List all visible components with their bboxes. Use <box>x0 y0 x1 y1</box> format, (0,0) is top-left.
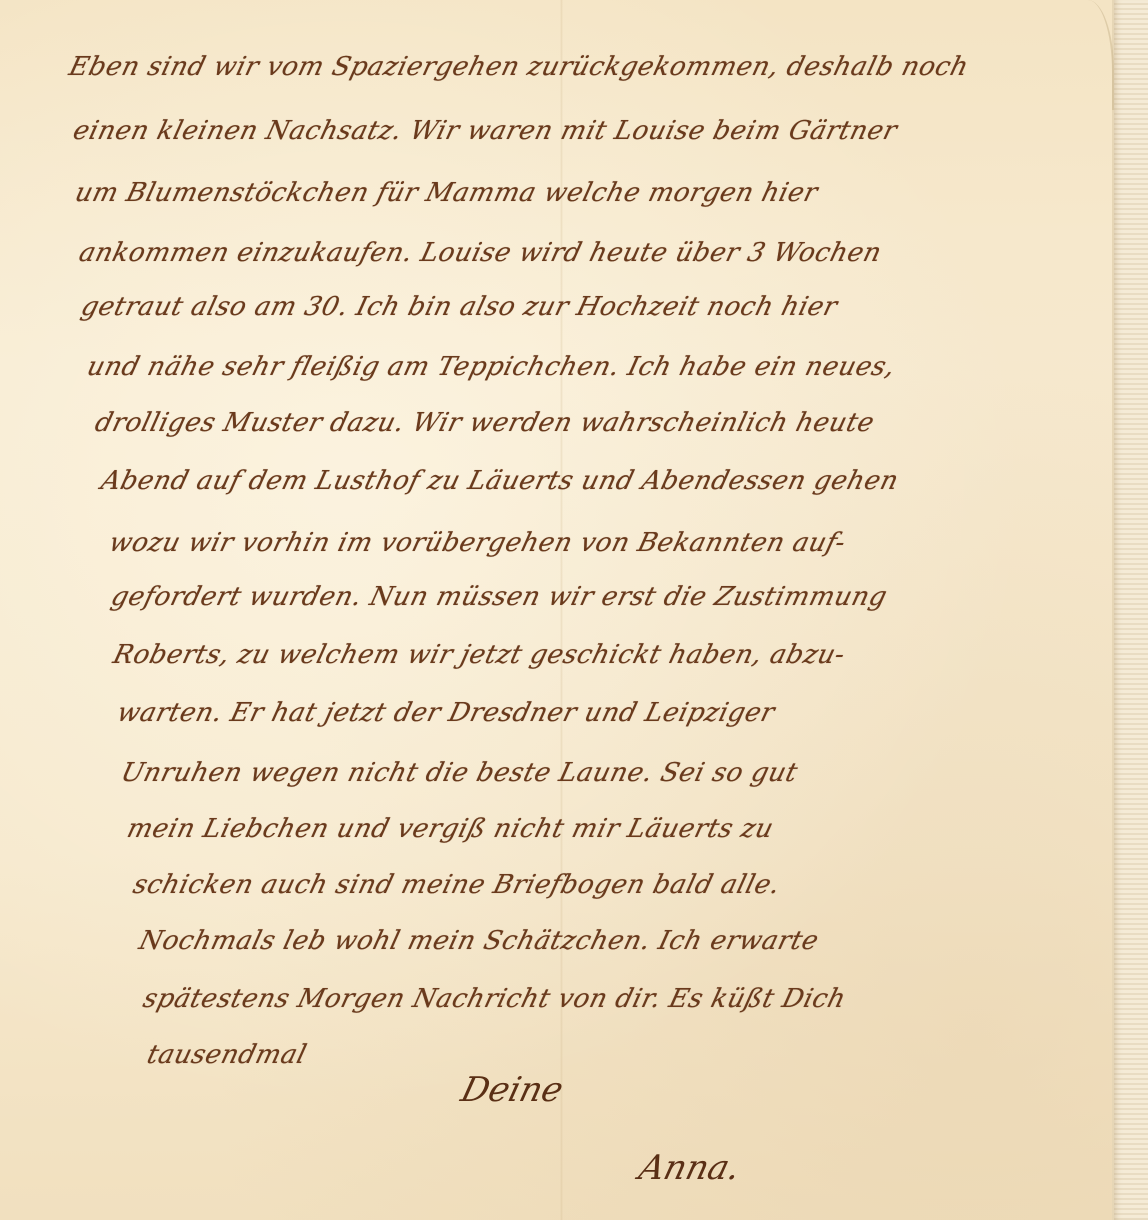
letter-line: einen kleinen Nachsatz. Wir waren mit Lo… <box>70 116 900 146</box>
letter-line: Unruhen wegen nicht die beste Laune. Sei… <box>118 758 801 788</box>
letter-line: und nähe sehr fleißig am Teppichchen. Ic… <box>84 352 898 382</box>
letter-line: Roberts, zu welchem wir jetzt geschickt … <box>110 640 848 670</box>
letter-line: Abend auf dem Lusthof zu Läuerts und Abe… <box>98 466 902 496</box>
paper-edge <box>1112 0 1148 1220</box>
signature: Anna. <box>635 1148 744 1188</box>
letter-line: getraut also am 30. Ich bin also zur Hoc… <box>78 292 841 322</box>
paper-curl <box>1088 0 1114 110</box>
letter-line: drolliges Muster dazu. Wir werden wahrsc… <box>92 408 877 438</box>
letter-page: Eben sind wir vom Spaziergehen zurückgek… <box>0 0 1148 1220</box>
letter-line: gefordert wurden. Nun müssen wir erst di… <box>108 582 890 612</box>
letter-line: Nochmals leb wohl mein Schätzchen. Ich e… <box>136 926 822 956</box>
letter-line: spätestens Morgen Nachricht von dir. Es … <box>140 984 849 1014</box>
letter-line: um Blumenstöckchen für Mamma welche morg… <box>72 178 821 208</box>
letter-line: warten. Er hat jetzt der Dresdner und Le… <box>114 698 778 728</box>
closing-word: Deine <box>457 1070 567 1110</box>
letter-line: schicken auch sind meine Briefbogen bald… <box>130 870 783 900</box>
letter-line: mein Liebchen und vergiß nicht mir Läuer… <box>124 814 777 844</box>
letter-line: wozu wir vorhin im vorübergehen von Beka… <box>106 528 849 558</box>
letter-line: tausendmal <box>144 1040 310 1070</box>
letter-line: Eben sind wir vom Spaziergehen zurückgek… <box>66 52 972 82</box>
letter-line: ankommen einzukaufen. Louise wird heute … <box>76 238 885 268</box>
